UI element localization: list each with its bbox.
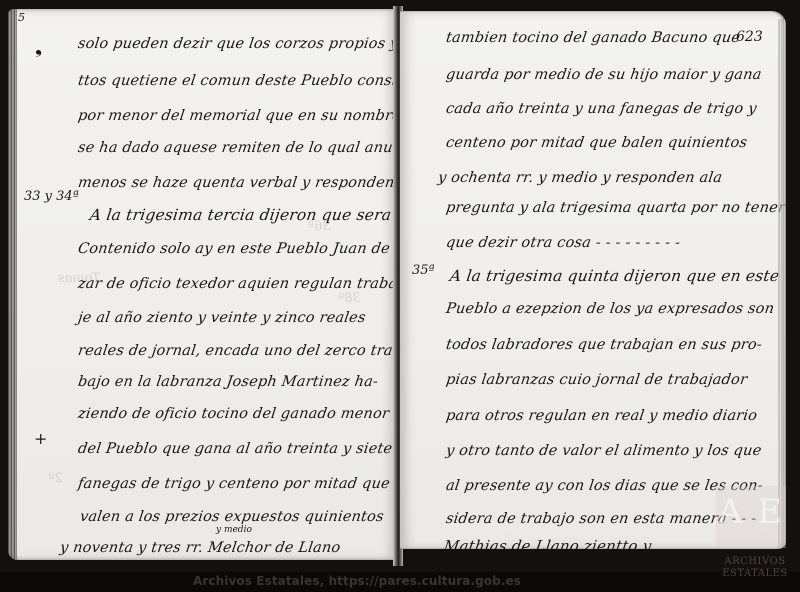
watermark-caption: ARCHIVOS ESTATALES	[712, 556, 798, 580]
manuscript-line-signature: y noventa y tres rr. Melchor de Llano	[59, 540, 342, 556]
manuscript-line: fanegas de trigo y centeno por mitad que	[77, 476, 391, 492]
manuscript-line: guarda por medio de su hijo maior y gana	[445, 67, 763, 83]
watermark-logo-letters: A E	[716, 492, 786, 532]
manuscript-line: A la trigesima quinta dijeron que en est…	[449, 267, 781, 285]
manuscript-line: zar de oficio texedor aquien regulan tra…	[77, 276, 396, 292]
manuscript-line: je al año ziento y veinte y zinco reales	[77, 310, 367, 326]
book-spread: 5 ❟ Tomas 36ª 38ª 2ª 33 y 34ª + solo pue…	[0, 0, 800, 572]
manuscript-line: menos se haze quenta verbal y responden.	[77, 175, 396, 191]
manuscript-line: tambien tocino del ganado Bacuno que	[445, 30, 741, 46]
manuscript-line: por menor del memorial que en su nombre	[77, 108, 396, 124]
manuscript-line: del Pueblo que gana al año treinta y sie…	[77, 441, 394, 457]
manuscript-line: pias labranzas cuio jornal de trabajador	[445, 372, 748, 388]
manuscript-line: para otros regulan en real y medio diari…	[445, 408, 758, 424]
manuscript-line: se ha dado aquese remiten de lo qual anu…	[77, 140, 396, 156]
manuscript-line: A la trigesima tercia dijeron que sera	[89, 206, 393, 224]
manuscript-line: centeno por mitad que balen quinientos	[445, 135, 748, 151]
manuscript-line: pregunta y ala trigesima quarta por no t…	[445, 200, 786, 216]
manuscript-line: ziendo de oficio tocino del ganado menor	[77, 406, 390, 422]
margin-note-33-34: 33 y 34ª	[24, 189, 79, 204]
document-viewer: 5 ❟ Tomas 36ª 38ª 2ª 33 y 34ª + solo pue…	[0, 0, 800, 592]
bleed-through-text: 2ª	[47, 471, 63, 486]
manuscript-line: todos labradores que trabajan en sus pro…	[445, 337, 763, 353]
manuscript-line: y otro tanto de valor el alimento y los …	[445, 443, 763, 459]
manuscript-line: y ochenta rr. y medio y responden ala	[437, 170, 723, 186]
left-page: 5 ❟ Tomas 36ª 38ª 2ª 33 y 34ª + solo pue…	[8, 9, 396, 560]
margin-cross-mark: +	[34, 429, 47, 448]
footer-credit: Archivos Estatales, https://pares.cultur…	[0, 574, 714, 588]
archive-watermark: A E ARCHIVOS ESTATALES	[716, 486, 798, 592]
manuscript-line: solo pueden dezir que los corzos propios…	[77, 36, 396, 52]
right-page: 623 35ª tambien tocino del ganado Bacuno…	[400, 11, 786, 549]
manuscript-line: cada año treinta y una fanegas de trigo …	[445, 101, 758, 117]
manuscript-line: sidera de trabajo son en esta manera - -…	[445, 511, 758, 527]
margin-note-35: 35ª	[412, 263, 435, 278]
watermark-line2: ESTATALES	[712, 568, 798, 580]
ink-dot-ornament: ❟	[35, 37, 42, 58]
corner-mark: 5	[18, 11, 25, 24]
manuscript-line: bajo en la labranza Joseph Martinez ha-	[77, 374, 379, 390]
manuscript-line: valen a los prezios expuestos quinientos	[79, 509, 385, 525]
manuscript-line: ttos quetiene el comun deste Pueblo cons…	[77, 73, 396, 89]
manuscript-line: Pueblo a ezepzion de los ya expresados s…	[445, 301, 775, 317]
manuscript-line: reales de jornal, encada uno del zerco t…	[77, 343, 396, 359]
manuscript-line-signature: Mathias de Llano zientto y	[443, 537, 653, 549]
interlinear-note: y medio	[216, 525, 252, 535]
manuscript-line: Contenido solo ay en este Pueblo Juan de…	[77, 241, 396, 257]
bleed-through-text: 38ª	[337, 291, 361, 306]
manuscript-line: que dezir otra cosa - - - - - - - - -	[445, 235, 681, 251]
watermark-line1: ARCHIVOS	[712, 556, 798, 568]
